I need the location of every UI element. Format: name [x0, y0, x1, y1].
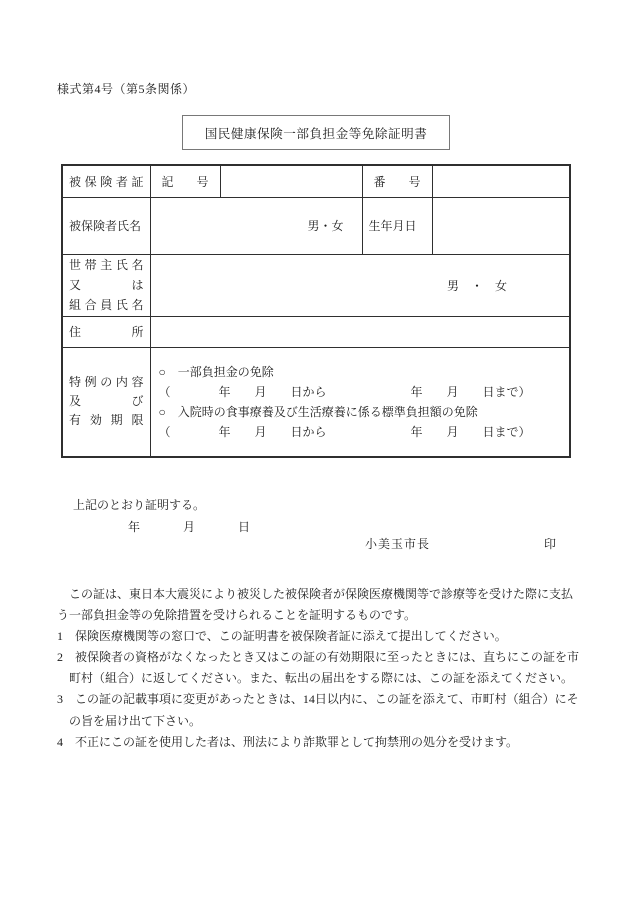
note-line: 4 不正にこの証を使用した者は、刑法により詐欺罪として拘禁刑の処分を受けます。 — [57, 732, 587, 753]
exemption-label-line1: 特例の内容 — [69, 373, 144, 392]
birthdate-label: 生年月日 — [369, 219, 417, 233]
row-exemption: 特例の内容 及び 有効期限 ○ 一部負担金の免除 （ 年 月 日から 年 月 日… — [62, 347, 570, 457]
exemption-label-line2: 及び — [69, 392, 144, 411]
certificate-title-box: 国民健康保険一部負担金等免除証明書 — [182, 115, 450, 150]
row-householder: 世帯主氏名 又は 組合員氏名 男 ・ 女 — [62, 254, 570, 316]
note-line: 2 被保険者の資格がなくなったとき又はこの証の有効期限に至ったときには、直ちにこ… — [57, 647, 587, 668]
insured-name-label-cell: 被保険者氏名 — [62, 197, 150, 254]
day-label: 日 — [238, 518, 250, 535]
insured-name-label: 被保険者氏名 — [69, 217, 144, 234]
certification-date-line: 年 月 日 — [128, 518, 250, 535]
insured-sex-options: 男・女 — [307, 219, 343, 233]
issuer-name: 小美玉市長 — [365, 535, 430, 552]
address-label-cell: 住所 — [62, 316, 150, 347]
row-address: 住所 — [62, 316, 570, 347]
address-value-cell — [150, 316, 570, 347]
note-line: 1 保険医療機関等の窓口で、この証明書を被保険者証に添えて提出してください。 — [57, 626, 587, 647]
birthdate-value-cell — [432, 197, 570, 254]
insured-card-label: 被保険者証 — [69, 173, 144, 190]
note-line: う一部負担金等の免除措置を受けられることを証明するものです。 — [57, 605, 587, 626]
form-number: 様式第4号（第5条関係） — [57, 80, 195, 97]
birthdate-label-cell: 生年月日 — [362, 197, 432, 254]
note-line: 町村（組合）に返してください。また、転出の届出をする際には、この証を添えてくださ… — [57, 668, 587, 689]
householder-label-line3: 組合員氏名 — [69, 295, 144, 315]
note-line: の旨を届け出て下さい。 — [57, 711, 587, 732]
number-value-cell — [432, 165, 570, 197]
symbol-value-cell — [220, 165, 362, 197]
exemption-label-cell: 特例の内容 及び 有効期限 — [62, 347, 150, 457]
exemption-item-2-period: （ 年 月 日から 年 月 日まで） — [159, 422, 570, 442]
exemption-content-cell: ○ 一部負担金の免除 （ 年 月 日から 年 月 日まで） ○ 入院時の食事療養… — [150, 347, 570, 457]
address-label: 住所 — [69, 323, 144, 340]
certificate-table: 被保険者証 記号 番号 被保険者氏名 男・女 生年月日 — [61, 164, 571, 458]
insured-name-value-cell: 男・女 — [150, 197, 362, 254]
note-line: この証は、東日本大震災により被災した被保険者が保険医療機関等で診療等を受けた際に… — [57, 584, 587, 605]
month-label: 月 — [183, 518, 195, 535]
row-insured-card: 被保険者証 記号 番号 — [62, 165, 570, 197]
exemption-item-1-period: （ 年 月 日から 年 月 日まで） — [159, 382, 570, 402]
row-insured-name: 被保険者氏名 男・女 生年月日 — [62, 197, 570, 254]
number-label-cell: 番号 — [362, 165, 432, 197]
seal-mark: 印 — [544, 535, 556, 552]
householder-sex-options: 男 ・ 女 — [447, 279, 507, 293]
symbol-label: 記号 — [162, 173, 209, 190]
certification-statement: 上記のとおり証明する。 — [73, 496, 205, 513]
notes-section: この証は、東日本大震災により被災した被保険者が保険医療機関等で診療等を受けた際に… — [57, 584, 587, 753]
householder-value-cell: 男 ・ 女 — [150, 254, 570, 316]
document-page: 様式第4号（第5条関係） 国民健康保険一部負担金等免除証明書 被保険者証 記号 … — [0, 0, 630, 903]
exemption-item-2: ○ 入院時の食事療養及び生活療養に係る標準負担額の免除 — [159, 402, 570, 422]
number-label: 番号 — [374, 173, 421, 190]
insured-card-label-cell: 被保険者証 — [62, 165, 150, 197]
householder-label-line2: 又は — [69, 275, 144, 295]
certificate-title: 国民健康保険一部負担金等免除証明書 — [205, 123, 428, 142]
exemption-item-1: ○ 一部負担金の免除 — [159, 362, 570, 382]
symbol-label-cell: 記号 — [150, 165, 220, 197]
householder-label-cell: 世帯主氏名 又は 組合員氏名 — [62, 254, 150, 316]
year-label: 年 — [128, 518, 140, 535]
householder-label-line1: 世帯主氏名 — [69, 255, 144, 275]
note-line: 3 この証の記載事項に変更があったときは、14日以内に、この証を添えて、市町村（… — [57, 689, 587, 710]
exemption-label-line3: 有効期限 — [69, 411, 144, 430]
